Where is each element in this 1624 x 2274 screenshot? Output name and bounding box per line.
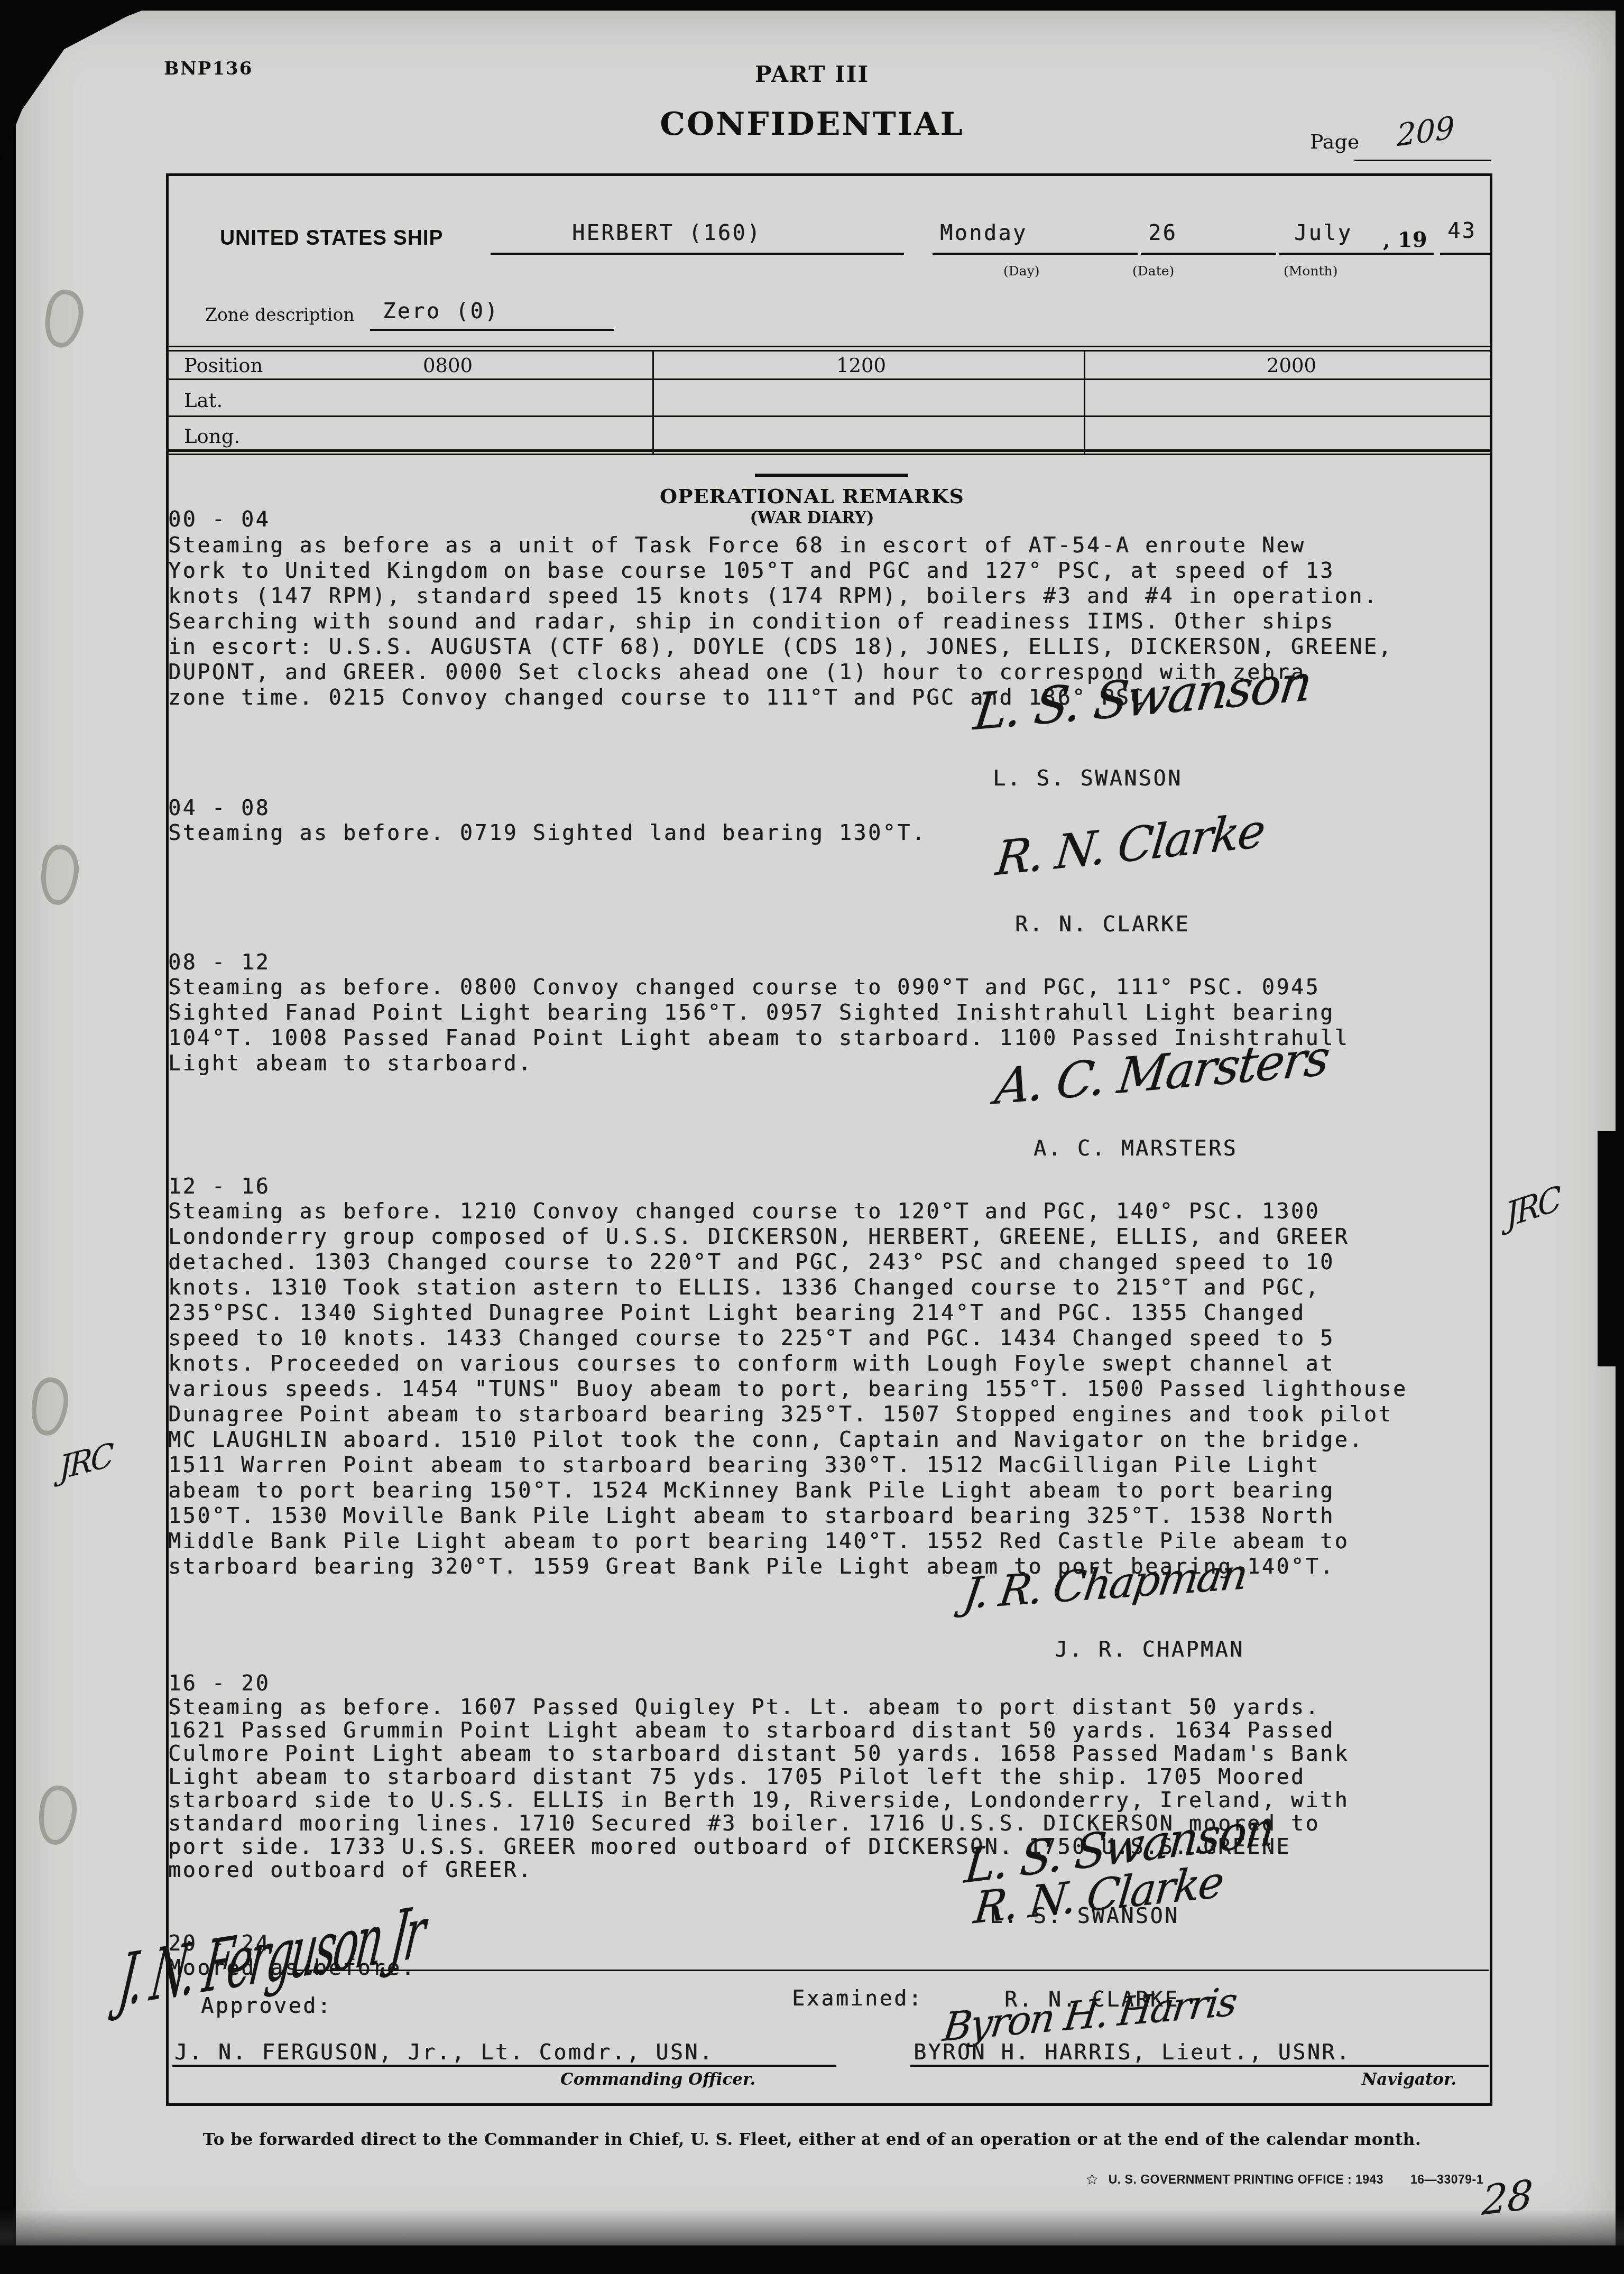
film-edge-top bbox=[0, 0, 1624, 11]
date-caption: (Date) bbox=[1132, 263, 1174, 279]
table-divider-1 bbox=[652, 350, 654, 454]
section-body-16-20: Steaming as before. 1607 Passed Quigley … bbox=[168, 1696, 1490, 1882]
month-value: July bbox=[1294, 221, 1352, 245]
navigator-title: Navigator. bbox=[1362, 2070, 1456, 2089]
scanned-deck-log-page: BNP136 PART III CONFIDENTIAL Page 209 UN… bbox=[0, 0, 1624, 2274]
year-underline bbox=[1440, 253, 1490, 255]
table-header-1200: 1200 bbox=[836, 354, 886, 377]
signature-name-marsters: A. C. MARSTERS bbox=[1034, 1136, 1238, 1161]
film-edge-left bbox=[0, 0, 16, 2274]
table-rule-2 bbox=[166, 378, 1490, 380]
year-value: 43 bbox=[1447, 219, 1477, 243]
table-header-position: Position bbox=[184, 354, 263, 377]
section-divider-rule bbox=[755, 474, 908, 477]
forwarding-note: To be forwarded direct to the Commander … bbox=[0, 2130, 1624, 2149]
page-number-underline bbox=[1354, 160, 1491, 161]
navigator-name: BYRON H. HARRIS, Lieut., USNR. bbox=[914, 2040, 1351, 2065]
year-prefix: , 19 bbox=[1383, 227, 1427, 252]
table-row-lat: Lat. bbox=[184, 389, 223, 412]
ship-name-value: HERBERT (160) bbox=[572, 221, 762, 245]
day-caption: (Day) bbox=[1003, 263, 1040, 279]
navigator-underline bbox=[910, 2065, 1489, 2067]
day-value: Monday bbox=[940, 221, 1028, 245]
zone-description-label: Zone description bbox=[205, 304, 355, 325]
examined-label: Examined: bbox=[792, 1986, 923, 2011]
section-time-12-16: 12 - 16 bbox=[168, 1175, 270, 1199]
page-label: Page bbox=[1310, 130, 1359, 153]
gpo-imprint-number: 16—33079-1 bbox=[1410, 2173, 1483, 2186]
section-body-04-08: Steaming as before. 0719 Sighted land be… bbox=[168, 820, 1490, 846]
section-time-00-04: 00 - 04 bbox=[168, 507, 270, 532]
moored-line-rule bbox=[294, 1970, 1489, 1971]
commanding-officer-title: Commanding Officer. bbox=[560, 2070, 755, 2089]
zone-description-value: Zero (0) bbox=[383, 299, 500, 323]
signature-name-clarke-1: R. N. CLARKE bbox=[1015, 912, 1190, 937]
month-underline bbox=[1279, 253, 1434, 255]
date-value: 26 bbox=[1148, 221, 1177, 245]
table-rule-3 bbox=[166, 415, 1490, 417]
commanding-officer-underline bbox=[172, 2065, 836, 2067]
commanding-officer-name: J. N. FERGUSON, Jr., Lt. Comdr., USN. bbox=[174, 2040, 714, 2065]
table-header-0800: 0800 bbox=[423, 354, 473, 377]
classification-heading: CONFIDENTIAL bbox=[0, 106, 1624, 143]
section-time-08-12: 08 - 12 bbox=[168, 950, 270, 975]
table-rule-top-b bbox=[166, 350, 1490, 352]
section-time-04-08: 04 - 08 bbox=[168, 796, 270, 820]
table-rule-top-a bbox=[166, 346, 1490, 347]
day-underline bbox=[933, 253, 1138, 255]
gpo-imprint-text: U. S. GOVERNMENT PRINTING OFFICE : 1943 bbox=[1109, 2173, 1383, 2186]
table-row-long: Long. bbox=[184, 425, 240, 448]
section-time-16-20: 16 - 20 bbox=[168, 1671, 270, 1696]
zone-underline bbox=[370, 329, 614, 331]
operational-remarks-title: OPERATIONAL REMARKS bbox=[0, 484, 1624, 508]
table-header-2000: 2000 bbox=[1267, 354, 1316, 377]
table-rule-bottom-a bbox=[166, 449, 1490, 452]
table-divider-2 bbox=[1084, 350, 1085, 454]
section-body-12-16: Steaming as before. 1210 Convoy changed … bbox=[168, 1199, 1500, 1579]
signature-name-swanson-1: L. S. SWANSON bbox=[993, 766, 1183, 791]
month-caption: (Month) bbox=[1284, 263, 1337, 279]
film-edge-bottom bbox=[0, 2245, 1624, 2274]
signature-name-chapman: J. R. CHAPMAN bbox=[1055, 1638, 1244, 1662]
ship-name-underline bbox=[491, 253, 904, 255]
table-rule-bottom-b bbox=[166, 454, 1490, 455]
part-heading: PART III bbox=[0, 61, 1624, 87]
gpo-imprint: ✩ U. S. GOVERNMENT PRINTING OFFICE : 194… bbox=[1087, 2173, 1483, 2187]
gpo-star-icon: ✩ bbox=[1087, 2173, 1097, 2186]
date-underline bbox=[1141, 253, 1276, 255]
film-edge-right-patch bbox=[1598, 1131, 1624, 1366]
united-states-ship-label: UNITED STATES SHIP bbox=[220, 225, 444, 250]
